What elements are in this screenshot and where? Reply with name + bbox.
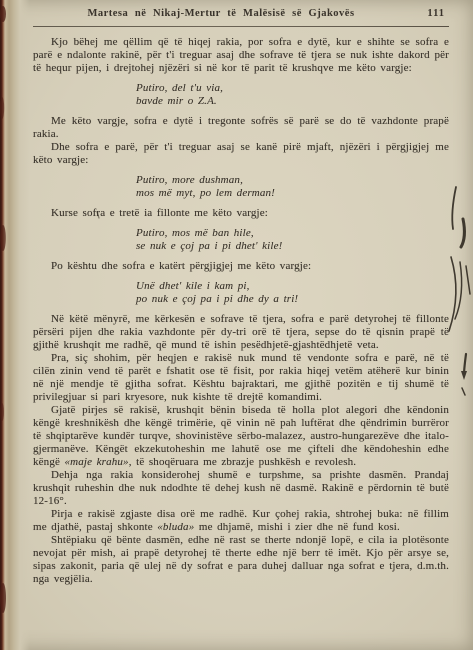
verse-line: Unë dhet' kile i kam pi,: [136, 280, 449, 293]
paragraph: Dehja nga rakia konsiderohej shumë e tur…: [33, 469, 449, 508]
paragraph: Në këtë mënyrë, me kërkesën e sofrave të…: [33, 313, 449, 352]
paragraph: Me këto vargje, sofra e dytë i tregonte …: [33, 115, 449, 141]
text-segment: Pra, siç shohim, për heqjen e rakisë nuk…: [33, 352, 449, 403]
verse-stanza: Putiro, mos më ban hile,se nuk e çoj pa …: [136, 227, 449, 253]
verse-line: Putiro, more dushman,: [136, 174, 449, 187]
verse-line: Putiro, del t'u via,: [136, 82, 449, 95]
running-head-title: Martesa në Nikaj-Mertur të Malësisë së G…: [33, 8, 409, 19]
paragraph: Pirja e rakisë zgjaste disa orë me radhë…: [33, 508, 449, 534]
text-segment: Me këto vargje, sofra e dytë i tregonte …: [33, 115, 449, 140]
verse-stanza: Unë dhet' kile i kam pi,po nuk e çoj pa …: [136, 280, 449, 306]
verse-line: mos më myt, po lem derman!: [136, 187, 449, 200]
verse-stanza: Putiro, more dushman,mos më myt, po lem …: [136, 174, 449, 200]
text-segment: me dhjamë, mishi i zier dhe në fund kosi…: [194, 521, 400, 533]
verse-line: Putiro, mos më ban hile,: [136, 227, 449, 240]
text-segment: Në këtë mënyrë, me kërkesën e sofrave të…: [33, 313, 449, 351]
text-flow: Kjo bëhej me qëllim që të hiqej rakia, p…: [33, 36, 449, 586]
text-segment: Kurse sofra e tretë ia fillonte me këto …: [51, 207, 268, 219]
verse-line: po nuk e çoj pa i pi dhe dy a tri!: [136, 293, 449, 306]
paragraph: Kurse sofra e tretë ia fillonte me këto …: [33, 207, 449, 220]
italic-phrase: «bluda»: [157, 521, 194, 533]
text-segment: Po kështu dhe sofra e katërt përgjigjej …: [51, 260, 311, 272]
paragraph: Kjo bëhej me qëllim që të hiqej rakia, p…: [33, 36, 449, 75]
page-number: 111: [427, 8, 445, 19]
text-segment: , të shoqëruara me zbrazje pushkësh e re…: [129, 456, 356, 468]
text-segment: Dehja nga rakia konsiderohej shumë e tur…: [33, 469, 449, 507]
running-head: Martesa në Nikaj-Mertur të Malësisë së G…: [33, 8, 449, 22]
page-body: Martesa në Nikaj-Mertur të Malësisë së G…: [0, 0, 473, 586]
scanned-book-page: Martesa në Nikaj-Mertur të Malësisë së G…: [0, 0, 473, 650]
paragraph: Gjatë pirjes së rakisë, krushqit bënin b…: [33, 404, 449, 469]
paragraph: Po kështu dhe sofra e katërt përgjigjej …: [33, 260, 449, 273]
italic-phrase: «maje krahu»: [65, 456, 129, 468]
verse-line: bavde mir o Z.A.: [136, 95, 449, 108]
paragraph: Pra, siç shohim, për heqjen e rakisë nuk…: [33, 352, 449, 404]
paragraph: Dhe sofra e parë, për t'i treguar asaj s…: [33, 141, 449, 167]
text-segment: Shtëpiaku që bënte dasmën, edhe në rast …: [33, 534, 449, 585]
text-segment: Dhe sofra e parë, për t'i treguar asaj s…: [33, 141, 449, 166]
verse-line: se nuk e çoj pa i pi dhet' kile!: [136, 240, 449, 253]
header-rule: [33, 26, 449, 27]
paragraph: Shtëpiaku që bënte dasmën, edhe në rast …: [33, 534, 449, 586]
verse-stanza: Putiro, del t'u via,bavde mir o Z.A.: [136, 82, 449, 108]
text-segment: Kjo bëhej me qëllim që të hiqej rakia, p…: [33, 36, 449, 74]
